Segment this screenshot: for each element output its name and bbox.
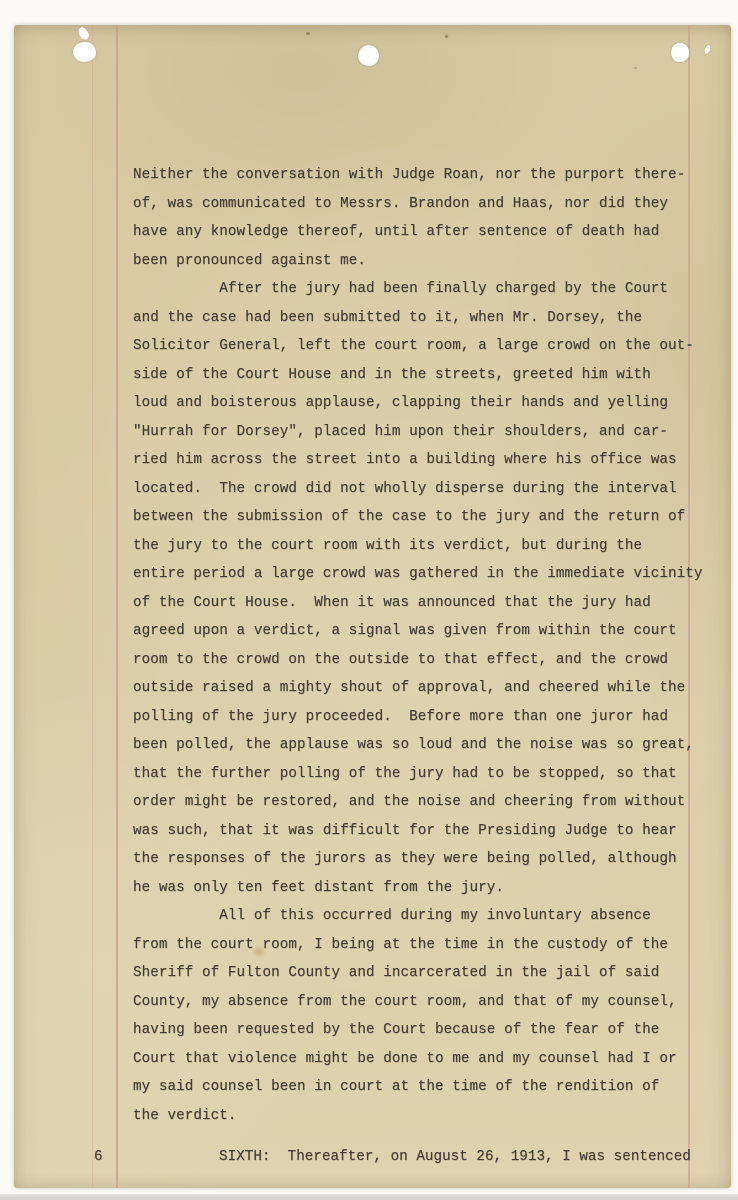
paper-speck xyxy=(444,34,448,38)
closing-paragraph-line: SIXTH: Thereafter, on August 26, 1913, I… xyxy=(219,1143,691,1172)
punch-hole-left xyxy=(73,42,96,62)
scan-edge xyxy=(0,1194,738,1200)
paper-speck xyxy=(634,67,637,69)
punch-hole-center xyxy=(358,45,379,66)
typewritten-body-text: Neither the conversation with Judge Roan… xyxy=(133,161,703,1130)
page-number: 6 xyxy=(94,1143,103,1172)
paper-speck xyxy=(306,32,310,35)
document-page: Neither the conversation with Judge Roan… xyxy=(14,25,731,1188)
paper-tear-mark xyxy=(76,26,91,42)
footer-row: 6 SIXTH: Thereafter, on August 26, 1913,… xyxy=(14,1143,731,1172)
document-scan: Neither the conversation with Judge Roan… xyxy=(0,0,738,1200)
left-margin-rule-faint xyxy=(92,25,93,1188)
punch-hole-right xyxy=(671,43,689,62)
left-margin-rule xyxy=(116,25,118,1188)
paper-tear-mark-right xyxy=(703,44,711,54)
